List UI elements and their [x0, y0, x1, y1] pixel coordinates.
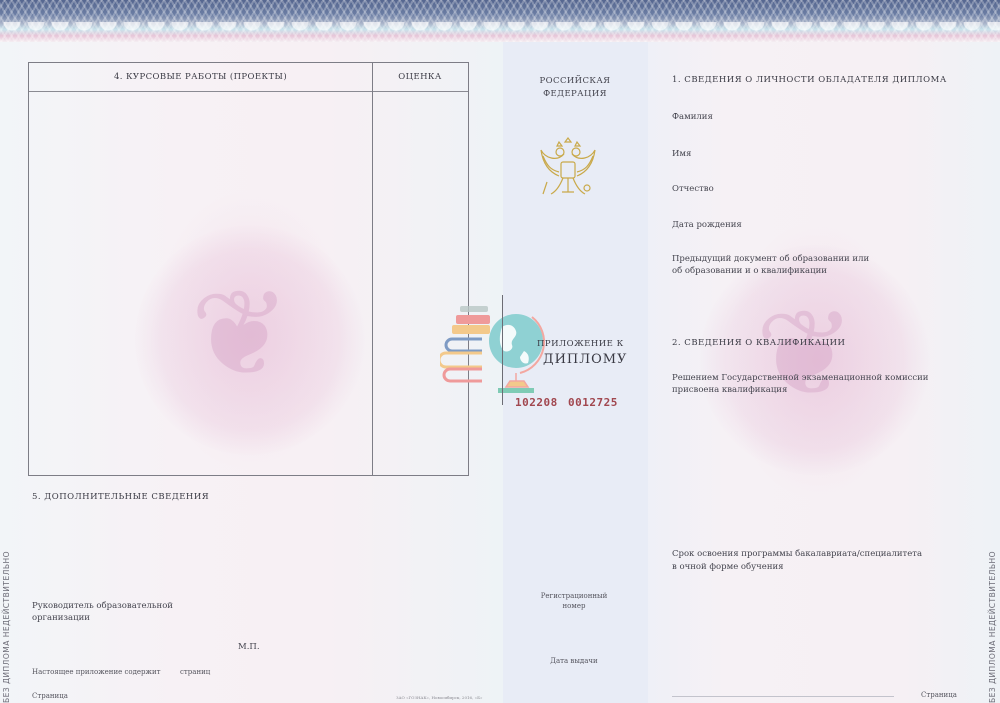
- birth-date-label: Дата рождения: [672, 220, 742, 230]
- head-label-line1: Руководитель образовательной: [32, 601, 173, 611]
- coursework-table: 4. КУРСОВЫЕ РАБОТЫ (ПРОЕКТЫ) ОЦЕНКА: [28, 62, 469, 476]
- study-term-line2: в очной форме обучения: [672, 562, 784, 572]
- country-line1: РОССИЙСКАЯ: [535, 76, 615, 86]
- page-number-line: [672, 696, 894, 697]
- surname-label: Фамилия: [672, 112, 713, 122]
- prev-doc-line1: Предыдущий документ об образовании или: [672, 254, 869, 264]
- serial-number: 0012725: [568, 396, 618, 409]
- issue-date-label: Дата выдачи: [530, 657, 618, 665]
- side-warning-right: БЕЗ ДИПЛОМА НЕДЕЙСТВИТЕЛЬНО: [988, 551, 997, 703]
- country-line2: ФЕДЕРАЦИЯ: [535, 89, 615, 99]
- section-2-title: 2. СВЕДЕНИЯ О КВАЛИФИКАЦИИ: [672, 338, 845, 348]
- page-label-left: Страница: [32, 692, 68, 700]
- reg-number-line1: Регистрационный: [530, 592, 618, 600]
- eagle-watermark-icon: ❦: [700, 245, 930, 475]
- section-1-title: 1. СВЕДЕНИЯ О ЛИЧНОСТИ ОБЛАДАТЕЛЯ ДИПЛОМ…: [672, 75, 947, 85]
- russian-emblem-icon: [537, 132, 599, 204]
- guilloche-border: [0, 0, 1000, 42]
- serial-prefix: 102208: [515, 396, 558, 409]
- page-label-right: Страница: [921, 691, 957, 699]
- patronymic-label: Отчество: [672, 184, 714, 194]
- side-warning-left: БЕЗ ДИПЛОМА НЕДЕЙСТВИТЕЛЬНО: [2, 551, 11, 703]
- page-divider: [502, 295, 503, 405]
- contains-pages-label: Настоящее приложение содержит: [32, 668, 161, 676]
- column-header-grade: ОЦЕНКА: [372, 63, 468, 91]
- printer-note: ЗАО «ГОЗНАК», Новосибирск, 2016, «Б»: [396, 695, 482, 700]
- globe-books-logo-icon: [440, 303, 550, 398]
- prev-doc-line2: об образовании и о квалификации: [672, 266, 827, 276]
- section-5-title: 5. ДОПОЛНИТЕЛЬНЫЕ СВЕДЕНИЯ: [32, 492, 209, 502]
- qualification-line2: присвоена квалификация: [672, 385, 787, 395]
- reg-number-line2: номер: [530, 602, 618, 610]
- appendix-line1: ПРИЛОЖЕНИЕ К: [537, 339, 624, 349]
- name-label: Имя: [672, 149, 691, 159]
- column-divider: [372, 63, 373, 475]
- column-header-coursework: 4. КУРСОВЫЕ РАБОТЫ (ПРОЕКТЫ): [29, 63, 372, 91]
- stamp-label: М.П.: [238, 642, 260, 652]
- appendix-line2: ДИПЛОМУ: [543, 352, 627, 367]
- study-term-line1: Срок освоения программы бакалавриата/спе…: [672, 549, 922, 559]
- head-label-line2: организации: [32, 613, 90, 623]
- qualification-line1: Решением Государственной экзаменационной…: [672, 373, 928, 383]
- pages-word: страниц: [180, 668, 210, 676]
